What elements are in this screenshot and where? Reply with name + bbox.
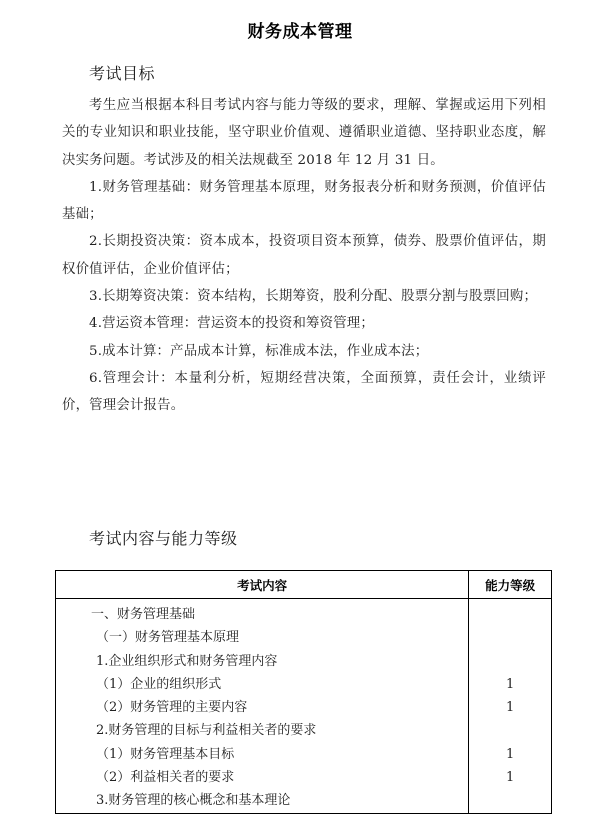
content-column: 一、财务管理基础 （一）财务管理基本原理 1.企业组织形式和财务管理内容 （1）… [56,599,469,814]
table-row-content: 3.财务管理的核心概念和基本理论 [56,789,468,812]
table-row-content: （2）利益相关者的要求 [56,766,468,789]
objective-item-3: 3.长期筹资决策：资本结构，长期筹资，股利分配、股票分割与股票回购； [62,283,546,310]
table-row-level: 1 [469,766,551,789]
objective-item-2: 2.长期投资决策：资本成本，投资项目资本预算，债券、股票价值评估，期权价值评估，… [62,228,546,283]
document-page: 财务成本管理 考试目标 考生应当根据本科目考试内容与能力等级的要求，理解、掌握或… [0,0,595,820]
column-header-content: 考试内容 [56,571,469,599]
table-row-content: （2）财务管理的主要内容 [56,696,468,719]
table-row-content: （1）财务管理基本目标 [56,743,468,766]
column-header-level: 能力等级 [469,571,552,599]
table-row-level: 1 [469,696,551,719]
table-row-level: 1 [469,743,551,766]
table-row-level [469,719,551,742]
table-header-row: 考试内容 能力等级 [56,571,552,599]
section-heading-exam-objectives: 考试目标 [89,63,155,85]
section-heading-content-and-levels: 考试内容与能力等级 [89,528,238,550]
objective-item-1: 1.财务管理基础：财务管理基本原理，财务报表分析和财务预测，价值评估基础； [62,174,546,229]
exam-content-table: 考试内容 能力等级 一、财务管理基础 （一）财务管理基本原理 1.企业组织形式和… [55,570,552,814]
table-row-level [469,603,551,626]
level-column: 1 1 1 1 [469,599,552,814]
table-body-row: 一、财务管理基础 （一）财务管理基本原理 1.企业组织形式和财务管理内容 （1）… [56,599,552,814]
table-row-level: 1 [469,673,551,696]
table-row-level [469,789,551,812]
objective-item-4: 4.营运资本管理：营运资本的投资和筹资管理； [62,310,546,337]
table-row-content: 2.财务管理的目标与利益相关者的要求 [56,719,468,742]
objective-item-5: 5.成本计算：产品成本计算，标准成本法，作业成本法； [62,338,546,365]
exam-objectives-body: 考生应当根据本科目考试内容与能力等级的要求，理解、掌握或运用下列相关的专业知识和… [62,92,546,420]
document-title: 财务成本管理 [0,20,595,44]
table-row-content: （一）财务管理基本原理 [56,626,468,649]
table-row-content: （1）企业的组织形式 [56,673,468,696]
table-row-level [469,626,551,649]
table-row-level [469,650,551,673]
objective-item-6: 6.管理会计：本量利分析，短期经营决策，全面预算，责任会计，业绩评价，管理会计报… [62,365,546,420]
table-row-content: 一、财务管理基础 [56,603,468,626]
table-row-content: 1.企业组织形式和财务管理内容 [56,650,468,673]
objectives-intro-paragraph: 考生应当根据本科目考试内容与能力等级的要求，理解、掌握或运用下列相关的专业知识和… [62,92,546,174]
